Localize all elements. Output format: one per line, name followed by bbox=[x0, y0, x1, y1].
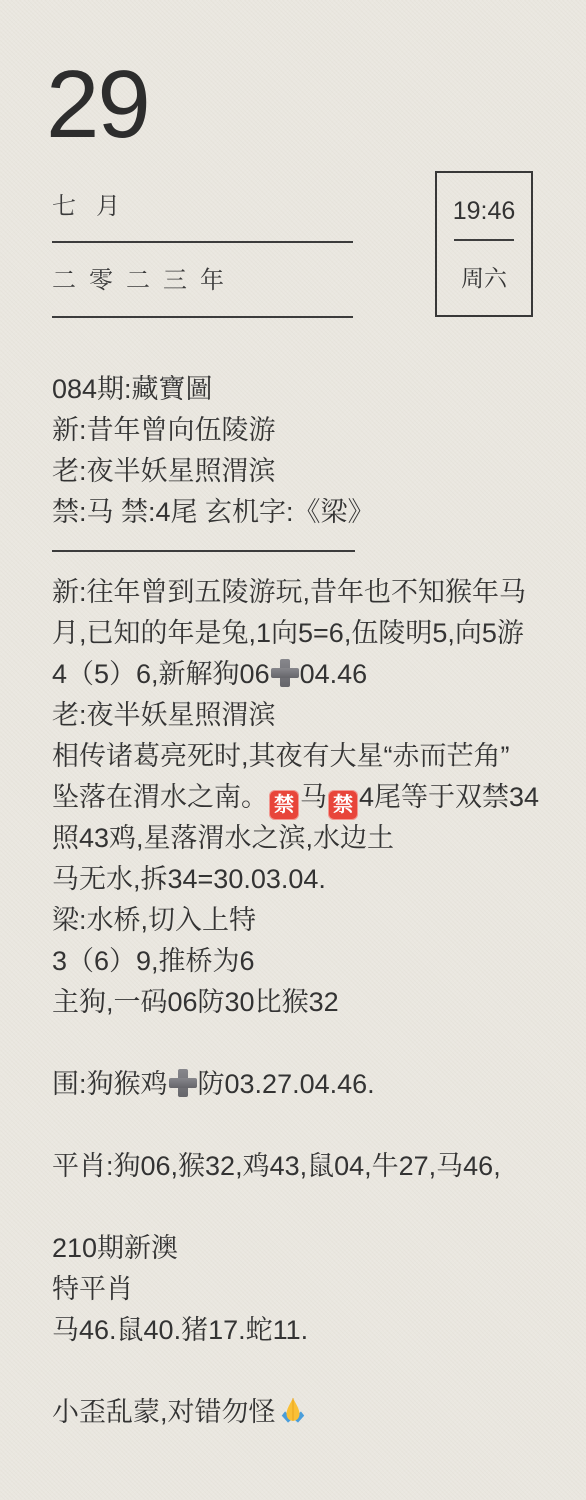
calendar-card: 29 七月 二零二三年 19:46 周六 084期:藏寶圖 新:昔年曾向伍陵游 … bbox=[0, 0, 586, 1500]
te-ping-xiao-label: 特平肖 bbox=[52, 1269, 586, 1310]
zodiac-numbers-line: 马46.鼠40.猪17.蛇11. bbox=[52, 1310, 586, 1351]
weekday-label: 周六 bbox=[461, 265, 507, 291]
wei-line: 围:狗猴鸡防03.27.04.46. bbox=[52, 1064, 586, 1105]
prohibited-icon: 禁 bbox=[269, 790, 299, 820]
blank-line bbox=[52, 1105, 586, 1146]
issue-210-heading: 210期新澳 bbox=[52, 1228, 586, 1269]
prohibited-icon: 禁 bbox=[328, 790, 358, 820]
analysis-line: 马无水,拆34=30.03.04. bbox=[52, 859, 586, 900]
blank-line bbox=[52, 1187, 586, 1228]
clock-box: 19:46 周六 bbox=[435, 171, 533, 317]
year-underline bbox=[52, 316, 353, 318]
time-label: 19:46 bbox=[453, 197, 516, 226]
analysis-line: 3（6）9,推桥为6 bbox=[52, 941, 586, 982]
pingxiao-line: 平肖:狗06,猴32,鸡43,鼠04,牛27,马46, bbox=[52, 1146, 586, 1187]
folded-hands-icon bbox=[278, 1396, 308, 1438]
disclaimer-line: 小歪乱蒙,对错勿怪 bbox=[52, 1392, 586, 1433]
analysis-text: 4尾等于双禁34 bbox=[359, 782, 539, 812]
new-verse: 新:昔年曾向伍陵游 bbox=[52, 410, 586, 451]
blank-line bbox=[52, 1351, 586, 1392]
analysis-line: 老:夜半妖星照渭滨 bbox=[52, 695, 586, 736]
content: 084期:藏寶圖 新:昔年曾向伍陵游 老:夜半妖星照渭滨 禁:马 禁:4尾 玄机… bbox=[52, 369, 586, 1433]
analysis-text: 马 bbox=[300, 782, 327, 812]
analysis-line: 相传诸葛亮死时,其夜有大星“赤而芒角” bbox=[52, 736, 586, 777]
month-underline bbox=[52, 241, 353, 243]
blank-line bbox=[52, 1023, 586, 1064]
analysis-line: 梁:水桥,切入上特 bbox=[52, 900, 586, 941]
section-divider bbox=[52, 550, 355, 552]
analysis-line: 4（5）6,新解狗0604.46 bbox=[52, 654, 586, 695]
analysis-line: 主狗,一码06防30比猴32 bbox=[52, 982, 586, 1023]
analysis-line: 照43鸡,星落渭水之滨,水边土 bbox=[52, 818, 586, 859]
analysis-line: 新:往年曾到五陵游玩,昔年也不知猴年马 bbox=[52, 572, 586, 613]
heavy-plus-icon bbox=[169, 1069, 197, 1097]
analysis-line: 坠落在渭水之南。禁马禁4尾等于双禁34 bbox=[52, 777, 586, 818]
analysis-text: 04.46 bbox=[300, 659, 368, 689]
old-verse: 老:夜半妖星照渭滨 bbox=[52, 451, 586, 492]
analysis-text: 坠落在渭水之南。 bbox=[52, 782, 268, 812]
issue-heading: 084期:藏寶圖 bbox=[52, 369, 586, 410]
clock-divider bbox=[454, 239, 514, 241]
month-label: 七月 bbox=[52, 194, 140, 220]
heavy-plus-icon bbox=[271, 659, 299, 687]
analysis-text: 防03.27.04.46. bbox=[198, 1069, 375, 1099]
analysis-text: 4（5）6,新解狗06 bbox=[52, 659, 270, 689]
analysis-text: 围:狗猴鸡 bbox=[52, 1069, 168, 1099]
day-number: 29 bbox=[46, 57, 149, 153]
analysis-line: 月,已知的年是兔,1向5=6,伍陵明5,向5游 bbox=[52, 613, 586, 654]
ban-hint: 禁:马 禁:4尾 玄机字:《梁》 bbox=[52, 492, 586, 533]
disclaimer-text: 小歪乱蒙,对错勿怪 bbox=[52, 1397, 276, 1427]
year-label: 二零二三年 bbox=[52, 268, 237, 294]
